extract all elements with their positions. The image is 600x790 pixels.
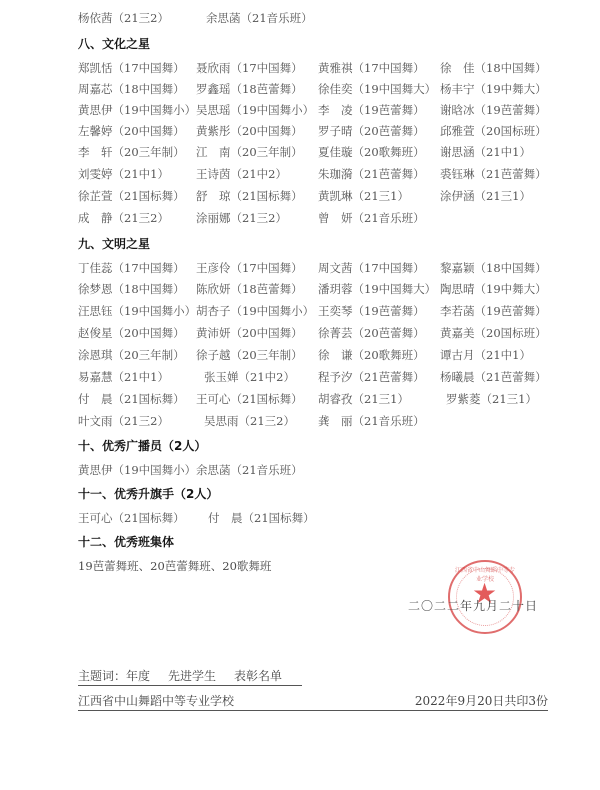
name-entry: 吴思瑶（19中国舞小） [196, 102, 314, 118]
name-entry: 付 晨（21国标舞） [78, 391, 185, 407]
print-info: 2022年9月20日共印3份 [415, 692, 548, 709]
name-entry: 胡杏子（19中国舞小） [196, 303, 314, 319]
name-entry: 龚 丽（21音乐班） [318, 413, 425, 429]
name-entry: 黄沛妍（20中国舞） [196, 325, 303, 341]
name-entry: 江 南（20三年制） [196, 144, 303, 160]
name-entry: 徐菁芸（20芭蕾舞） [318, 325, 425, 341]
name-entry: 杨依茜（21三2） [78, 10, 169, 26]
name-entry: 成 静（21三2） [78, 210, 169, 226]
name-entry: 周嘉芯（18中国舞） [78, 81, 185, 97]
name-entry: 李若菡（19芭蕾舞） [440, 303, 547, 319]
name-entry: 徐梦恩（18中国舞） [78, 281, 185, 297]
name-entry: 余思菡（21音乐班） [196, 462, 303, 478]
name-entry: 王诗茵（21中2） [196, 166, 287, 182]
name-entry: 徐佳奕（19中国舞大） [318, 81, 436, 97]
name-entry: 易嘉慧（21中1） [78, 369, 169, 385]
name-entry: 陈欣妍（18芭蕾舞） [196, 281, 303, 297]
name-entry: 李 轩（20三年制） [78, 144, 185, 160]
name-entry: 涂伊涵（21三1） [440, 188, 531, 204]
name-entry: 吴思雨（21三2） [204, 413, 295, 429]
name-entry: 谢思涵（21中1） [440, 144, 531, 160]
name-entry: 裘钰琳（21芭蕾舞） [440, 166, 547, 182]
signature-date: 二〇二二年九月二十日 [408, 597, 538, 614]
name-entry: 罗紫菱（21三1） [446, 391, 537, 407]
name-entry: 赵俊星（20中国舞） [78, 325, 185, 341]
name-entry: 黄凯琳（21三1） [318, 188, 409, 204]
name-entry: 左馨婷（20中国舞） [78, 123, 185, 139]
issuer-line: 江西省中山舞蹈中等专业学校 2022年9月20日共印3份 [78, 692, 548, 711]
name-entry: 汪思钰（19中国舞小） [78, 303, 196, 319]
name-entry: 罗子晴（20芭蕾舞） [318, 123, 425, 139]
name-entry: 邱雅萱（20国标班） [440, 123, 547, 139]
keywords-label: 主题词： [78, 669, 126, 683]
section-heading-best-class: 十二、优秀班集体 [78, 534, 174, 550]
name-entry: 王奕琴（19芭蕾舞） [318, 303, 425, 319]
name-entry: 徐子越（20三年制） [196, 347, 303, 363]
keyword: 表彰名单 [234, 669, 282, 683]
name-entry: 曾 妍（21音乐班） [318, 210, 425, 226]
name-entry: 付 晨（21国标舞） [208, 510, 315, 526]
name-entry: 谭古月（21中1） [440, 347, 531, 363]
name-entry: 黄嘉美（20国标班） [440, 325, 547, 341]
name-entry: 余思菡（21音乐班） [206, 10, 313, 26]
section-heading-civility-star: 九、文明之星 [78, 236, 150, 252]
name-entry: 朱珈漪（21芭蕾舞） [318, 166, 425, 182]
keywords-line: 主题词：年度先进学生表彰名单 [78, 667, 302, 686]
name-entry: 胡睿孜（21三1） [318, 391, 409, 407]
section-heading-best-flag-raiser: 十一、优秀升旗手（2人） [78, 486, 218, 502]
best-classes-text: 19芭蕾舞班、20芭蕾舞班、20歌舞班 [78, 558, 271, 574]
name-entry: 涂恩琪（20三年制） [78, 347, 185, 363]
name-entry: 黄雅祺（17中国舞） [318, 60, 425, 76]
section-heading-culture-star: 八、文化之星 [78, 36, 150, 52]
name-entry: 罗鑫瑶（18芭蕾舞） [196, 81, 303, 97]
name-entry: 王可心（21国标舞） [78, 510, 185, 526]
name-entry: 黄思伊（19中国舞小） [78, 102, 196, 118]
name-entry: 陶思晴（19中舞大） [440, 281, 547, 297]
name-entry: 王可心（21国标舞） [196, 391, 303, 407]
name-entry: 黄紫彤（20中国舞） [196, 123, 303, 139]
name-entry: 李 凌（19芭蕾舞） [318, 102, 425, 118]
name-entry: 舒 琼（21国标舞） [196, 188, 303, 204]
name-entry: 谢晗冰（19芭蕾舞） [440, 102, 547, 118]
issuer-name: 江西省中山舞蹈中等专业学校 [78, 692, 234, 709]
keyword: 年度 [126, 667, 150, 684]
name-entry: 涂丽娜（21三2） [196, 210, 287, 226]
section-heading-best-broadcaster: 十、优秀广播员（2人） [78, 438, 206, 454]
name-entry: 叶文雨（21三2） [78, 413, 169, 429]
name-entry: 程予汐（21芭蕾舞） [318, 369, 425, 385]
name-entry: 黄思伊（19中国舞小） [78, 462, 196, 478]
name-entry: 杨曦晨（21芭蕾舞） [440, 369, 547, 385]
name-entry: 杨丰宁（19中舞大） [440, 81, 547, 97]
name-entry: 黎嘉颖（18中国舞） [440, 260, 547, 276]
name-entry: 徐 谦（20歌舞班） [318, 347, 425, 363]
name-entry: 潘玥蓉（19中国舞大） [318, 281, 436, 297]
document-page: 杨依茜（21三2） 余思菡（21音乐班） 八、文化之星 郑凯恬（17中国舞） 聂… [0, 0, 600, 790]
name-entry: 徐芷萱（21国标舞） [78, 188, 185, 204]
name-entry: 徐 佳（18中国舞） [440, 60, 547, 76]
name-entry: 刘雯婷（21中1） [78, 166, 169, 182]
name-entry: 张玉婵（21中2） [204, 369, 295, 385]
keyword: 先进学生 [168, 667, 216, 684]
name-entry: 聂欣雨（17中国舞） [196, 60, 303, 76]
name-entry: 王彦伶（17中国舞） [196, 260, 303, 276]
name-entry: 周文茜（17中国舞） [318, 260, 425, 276]
name-entry: 郑凯恬（17中国舞） [78, 60, 185, 76]
name-entry: 夏佳璇（20歌舞班） [318, 144, 425, 160]
name-entry: 丁佳蕊（17中国舞） [78, 260, 185, 276]
